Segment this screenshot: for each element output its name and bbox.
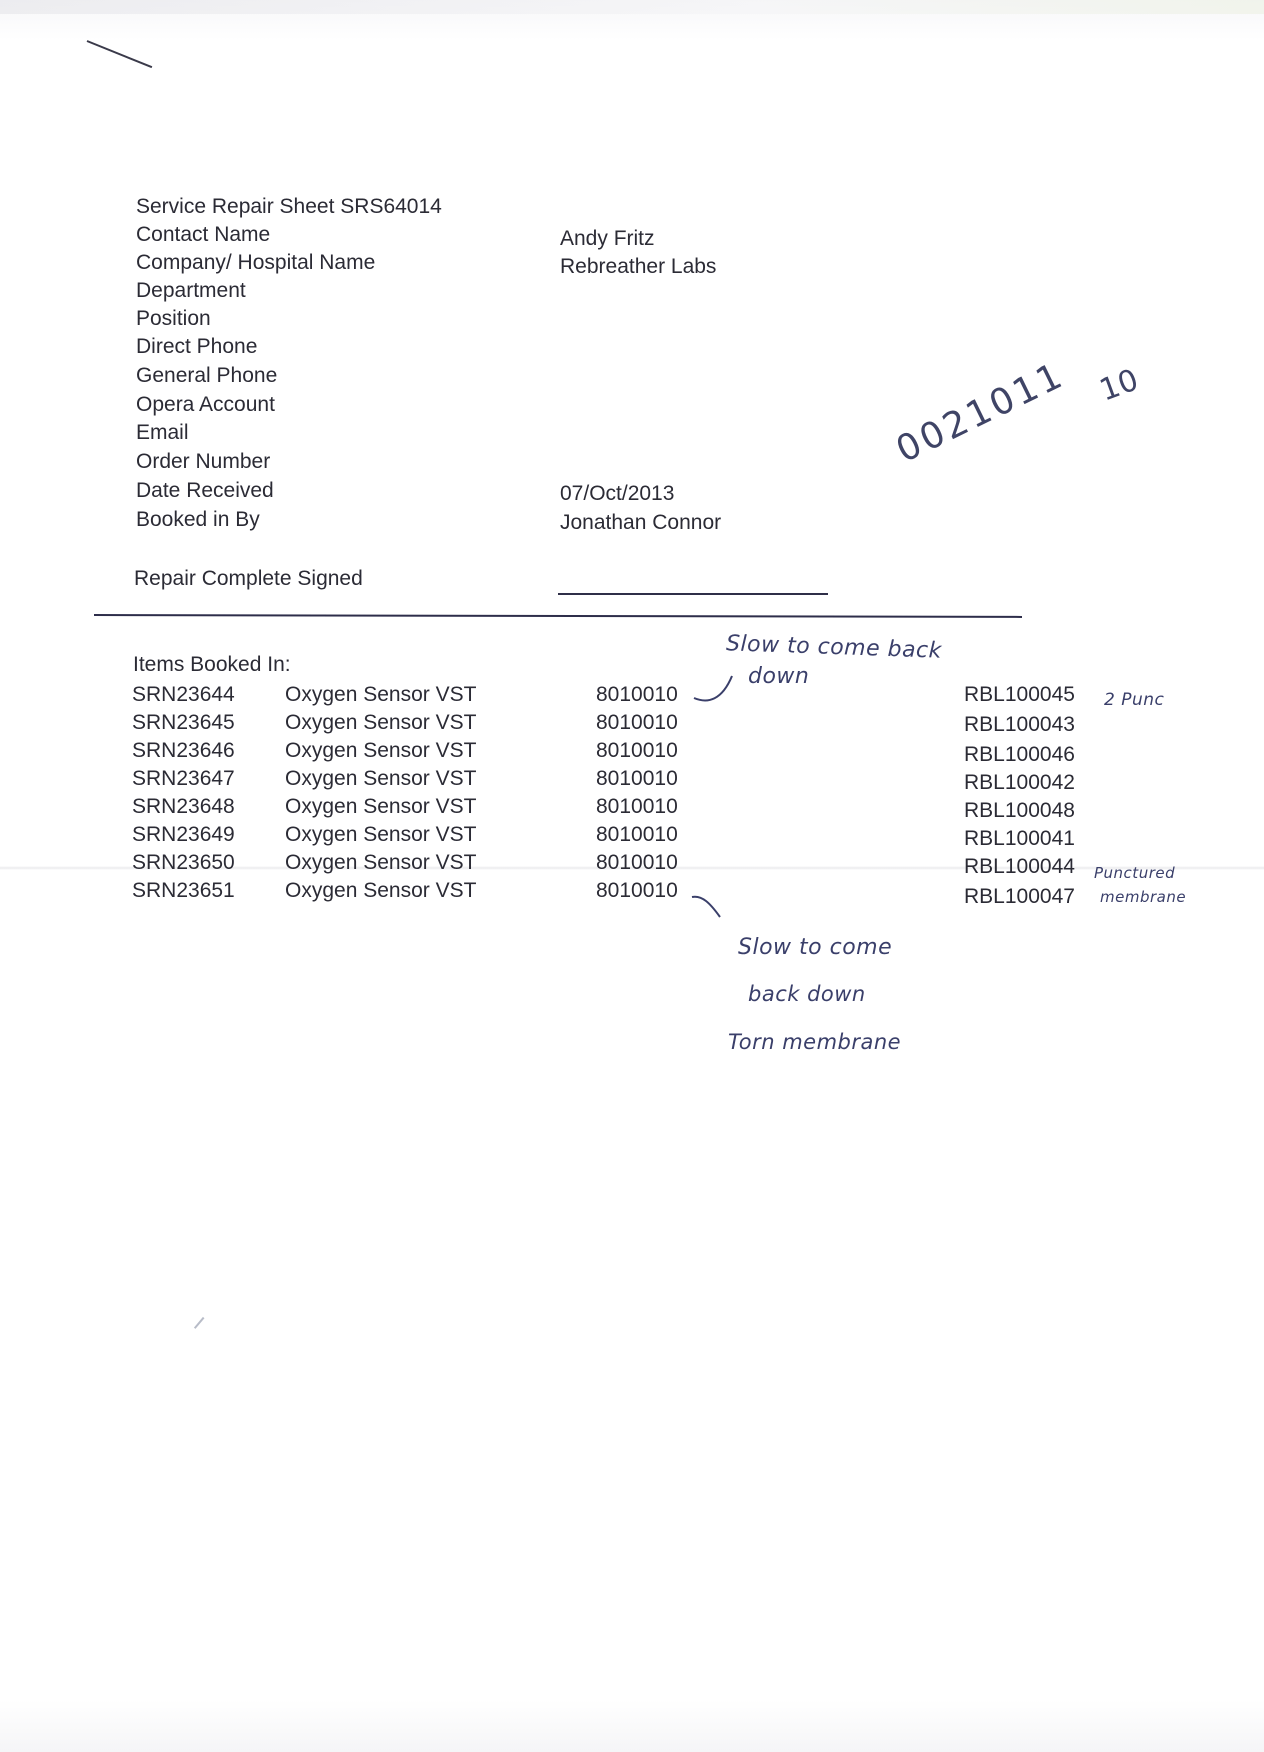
srn-cell: SRN23651	[132, 877, 235, 905]
serial-number-cell: RBL100048	[964, 797, 1075, 825]
handwritten-arrow-top	[692, 672, 738, 708]
field-label-email: Email	[136, 421, 189, 445]
field-label-department: Department	[136, 279, 246, 303]
part-number-cell: 8010010	[596, 681, 678, 709]
part-number-cell: 8010010	[596, 793, 678, 821]
srn-cell: SRN23644	[132, 681, 235, 709]
srn-cell: SRN23649	[132, 821, 235, 849]
stray-pen-mark-small	[194, 1317, 204, 1329]
handwritten-note-bottom-line1: Slow to come	[738, 935, 892, 960]
description-cell: Oxygen Sensor VST	[285, 877, 476, 905]
handwritten-note-row8: membrane	[1100, 888, 1186, 906]
part-number-cell: 8010010	[596, 765, 678, 793]
srn-cell: SRN23645	[132, 709, 235, 737]
serial-number-cell: RBL100047	[964, 883, 1075, 911]
serial-number-cell: RBL100041	[964, 825, 1075, 853]
handwritten-reference-number: 0021011	[890, 355, 1071, 471]
srn-cell: SRN23646	[132, 737, 235, 765]
field-label-booked-in-by: Booked in By	[136, 508, 260, 532]
field-label-position: Position	[136, 307, 211, 331]
scan-edge-shadow	[0, 0, 1264, 14]
part-number-cell: 8010010	[596, 877, 678, 905]
field-label-date-received: Date Received	[136, 479, 274, 503]
description-cell: Oxygen Sensor VST	[285, 793, 476, 821]
field-label-contact-name: Contact Name	[136, 223, 270, 247]
handwritten-note-top-line2: down	[748, 664, 809, 689]
signature-line	[558, 593, 828, 595]
description-cell: Oxygen Sensor VST	[285, 849, 476, 877]
handwritten-note-bottom-line2: back down	[748, 982, 866, 1006]
field-label-order-number: Order Number	[136, 450, 270, 474]
field-label-opera-account: Opera Account	[136, 393, 275, 417]
items-heading: Items Booked In:	[133, 653, 291, 677]
description-cell: Oxygen Sensor VST	[285, 709, 476, 737]
handwritten-arrow-bottom	[690, 893, 730, 923]
description-cell: Oxygen Sensor VST	[285, 681, 476, 709]
handwritten-reference-suffix: 10	[1095, 363, 1143, 409]
field-value-company: Rebreather Labs	[560, 255, 716, 279]
section-divider	[94, 614, 1022, 618]
field-label-general-phone: General Phone	[136, 364, 277, 388]
part-number-cell: 8010010	[596, 821, 678, 849]
description-cell: Oxygen Sensor VST	[285, 737, 476, 765]
field-label-direct-phone: Direct Phone	[136, 335, 257, 359]
description-cell: Oxygen Sensor VST	[285, 765, 476, 793]
handwritten-note-top-line1: Slow to come back	[726, 631, 943, 664]
repair-complete-signed-label: Repair Complete Signed	[134, 567, 363, 591]
handwritten-note-row1: 2 Punc	[1104, 690, 1164, 710]
serial-number-cell: RBL100045	[964, 681, 1075, 709]
handwritten-note-bottom-line3: Torn membrane	[728, 1030, 901, 1054]
handwritten-note-row7: Punctured	[1094, 864, 1175, 882]
srn-cell: SRN23648	[132, 793, 235, 821]
scanned-page: Service Repair Sheet SRS64014 Contact Na…	[0, 0, 1264, 1752]
part-number-cell: 8010010	[596, 709, 678, 737]
serial-number-cell: RBL100042	[964, 769, 1075, 797]
document-title: Service Repair Sheet SRS64014	[136, 195, 442, 219]
part-number-cell: 8010010	[596, 849, 678, 877]
field-value-date-received: 07/Oct/2013	[560, 482, 674, 506]
serial-number-cell: RBL100044	[964, 853, 1075, 881]
part-number-cell: 8010010	[596, 737, 678, 765]
serial-number-cell: RBL100046	[964, 741, 1075, 769]
field-label-company: Company/ Hospital Name	[136, 251, 375, 275]
srn-cell: SRN23647	[132, 765, 235, 793]
field-value-booked-in-by: Jonathan Connor	[560, 511, 721, 535]
field-value-contact-name: Andy Fritz	[560, 227, 655, 251]
description-cell: Oxygen Sensor VST	[285, 821, 476, 849]
serial-number-cell: RBL100043	[964, 711, 1075, 739]
stray-pen-mark	[87, 40, 153, 68]
srn-cell: SRN23650	[132, 849, 235, 877]
